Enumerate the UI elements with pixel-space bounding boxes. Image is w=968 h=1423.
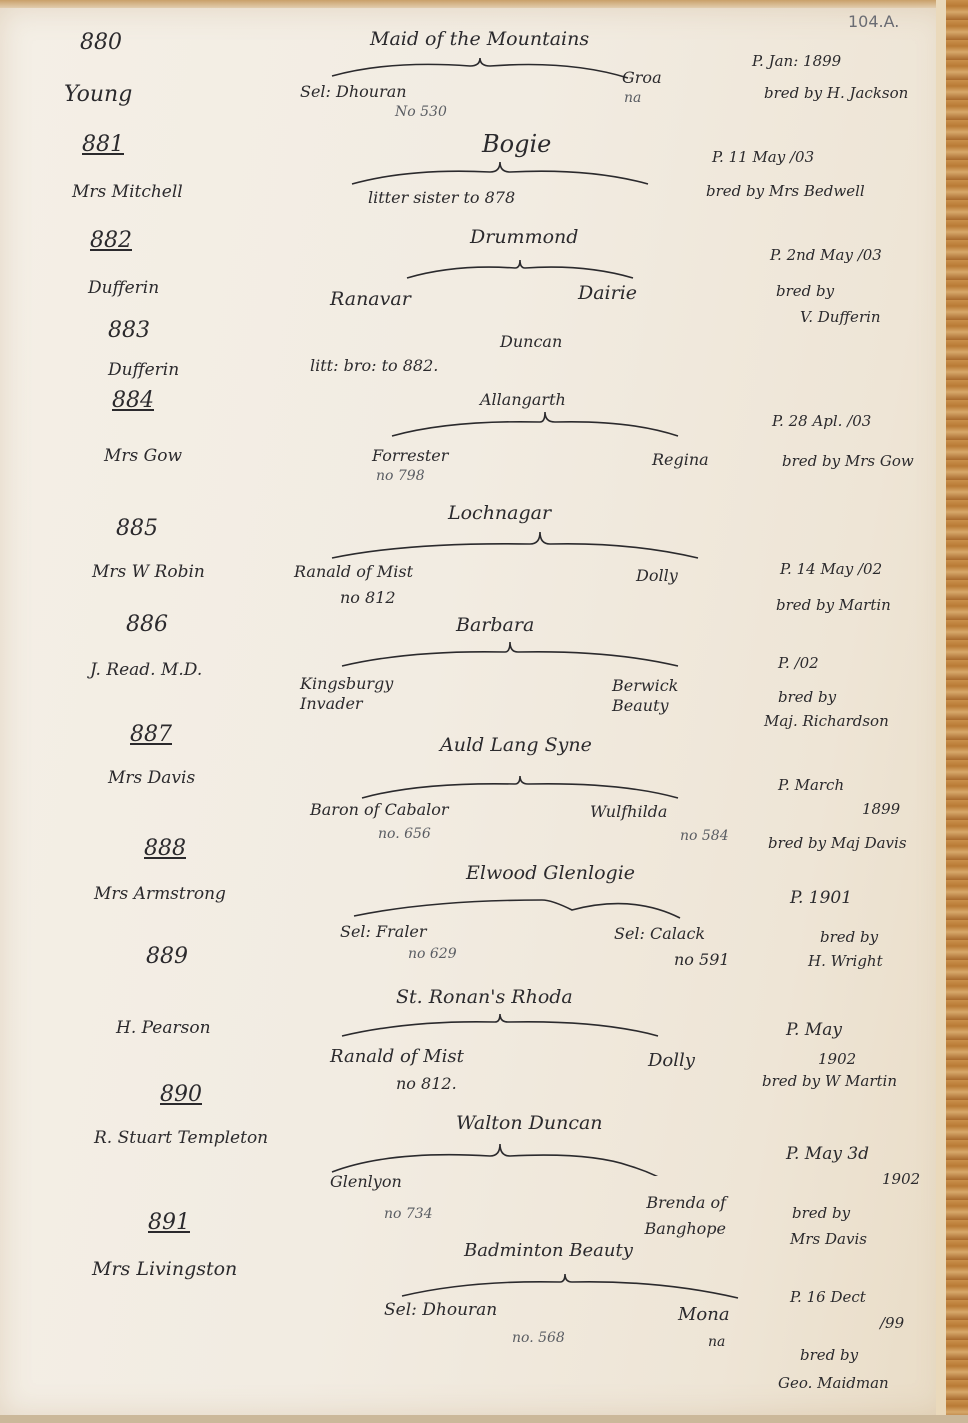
entry-owner: Mrs Gow <box>104 446 182 466</box>
entry-sire-reg: No 530 <box>395 104 447 120</box>
folio-number: 104.A. <box>848 12 899 31</box>
pedigree-brace-icon <box>390 410 680 438</box>
entry-note: P. 1901 <box>790 888 852 908</box>
entry-sire-reg: no. 568 <box>512 1330 565 1346</box>
pedigree-brace-icon <box>350 160 650 186</box>
entry-sire: litt: bro: to 882. <box>310 356 438 375</box>
entry-dam: Groa <box>622 68 662 87</box>
pedigree-brace-icon <box>340 640 680 668</box>
entry-note: 1902 <box>882 1170 920 1188</box>
entry-owner: Mrs Mitchell <box>72 182 183 202</box>
entry-owner: Young <box>64 82 132 107</box>
entry-note: Geo. Maidman <box>778 1374 889 1392</box>
entry-number: 882 <box>90 228 132 253</box>
entry-note: P. May 3d <box>786 1144 869 1164</box>
book-binding-edge <box>946 0 968 1423</box>
entry-note: P. 28 Apl. /03 <box>772 412 871 430</box>
entry-number: 887 <box>130 722 172 747</box>
entry-sire-reg: no 798 <box>376 468 425 484</box>
entry-owner: Dufferin <box>88 278 159 298</box>
entry-dam: Sel: Calack <box>614 924 705 943</box>
entry-note: bred by Mrs Bedwell <box>706 182 865 200</box>
entry-note: P. /02 <box>778 654 819 672</box>
pedigree-brace-icon <box>330 530 700 560</box>
entry-sire: Sel: Dhouran <box>384 1300 497 1320</box>
entry-owner: J. Read. M.D. <box>90 660 202 680</box>
entry-number: 890 <box>160 1082 202 1107</box>
entry-dam: Mona <box>678 1304 730 1325</box>
entry-dam: Dolly <box>636 566 678 585</box>
entry-number: 884 <box>112 388 154 413</box>
entry-sire-reg: no 812 <box>340 588 396 607</box>
entry-sire: Sel: Fraler <box>340 922 427 941</box>
entry-sire: Baron of Cabalor <box>310 800 449 819</box>
entry-note: P. 11 May /03 <box>712 148 814 166</box>
pedigree-brace-icon <box>400 1272 740 1300</box>
entry-sire: litter sister to 878 <box>368 188 515 207</box>
entry-number: 889 <box>146 944 188 969</box>
entry-note: Maj. Richardson <box>764 712 889 730</box>
entry-name: Walton Duncan <box>456 1112 603 1134</box>
entry-dam: Regina <box>652 450 709 469</box>
entry-name: Maid of the Mountains <box>370 28 589 50</box>
entry-owner: R. Stuart Templeton <box>94 1128 268 1148</box>
entry-name: Bogie <box>482 130 551 158</box>
pedigree-brace-icon <box>330 1142 670 1176</box>
entry-name: Elwood Glenlogie <box>466 862 635 884</box>
entry-name: St. Ronan's Rhoda <box>396 986 573 1008</box>
entry-name: Allangarth <box>480 390 566 409</box>
entry-dam-reg: na <box>708 1334 725 1350</box>
entry-owner: Mrs Armstrong <box>94 884 226 904</box>
entry-note: bred by <box>820 928 878 946</box>
pedigree-brace-icon <box>360 774 680 800</box>
pedigree-brace-icon <box>405 258 635 280</box>
entry-sire-reg: no. 656 <box>378 826 431 842</box>
pedigree-brace-icon <box>340 1012 660 1038</box>
entry-name: Auld Lang Syne <box>440 734 592 756</box>
entry-name: Badminton Beauty <box>464 1240 633 1261</box>
entry-sire: Sel: Dhouran <box>300 82 407 101</box>
entry-note: 1899 <box>862 800 900 818</box>
entry-note: bred by Mrs Gow <box>782 452 914 470</box>
entry-sire: Glenlyon <box>330 1172 402 1191</box>
entry-owner: Mrs Livingston <box>92 1258 237 1280</box>
entry-name: Duncan <box>500 332 562 351</box>
entry-dam: Dairie <box>578 282 637 304</box>
entry-note: bred by <box>800 1346 858 1364</box>
page-bottom-edge <box>0 1415 968 1423</box>
entry-sire-reg: no 629 <box>408 946 457 962</box>
entry-name: Lochnagar <box>448 502 551 524</box>
entry-name: Barbara <box>456 614 534 636</box>
entry-note: bred by <box>792 1204 850 1222</box>
entry-owner: Mrs Davis <box>108 768 195 788</box>
entry-note: bred by Maj Davis <box>768 834 907 852</box>
page-margin-strip <box>936 0 946 1423</box>
entry-owner: H. Pearson <box>116 1018 211 1038</box>
entry-note: P. Jan: 1899 <box>752 52 841 70</box>
entry-note: bred by <box>776 282 834 300</box>
entry-owner: Dufferin <box>108 360 179 380</box>
entry-dam: Wulfhilda <box>590 802 667 821</box>
entry-owner: Mrs W Robin <box>92 562 205 582</box>
entry-note: H. Wright <box>808 952 883 970</box>
entry-note: P. March <box>778 776 844 794</box>
pedigree-brace-icon <box>330 56 630 80</box>
entry-name: Drummond <box>470 226 578 248</box>
entry-sire-reg: no 734 <box>384 1206 433 1222</box>
entry-number: 881 <box>82 132 124 157</box>
entry-number: 888 <box>144 836 186 861</box>
entry-number: 880 <box>80 30 122 55</box>
entry-sire-reg: no 812. <box>396 1074 457 1093</box>
pedigree-brace-icon <box>352 890 682 920</box>
entry-note: P. 2nd May /03 <box>770 246 882 264</box>
entry-note: bred by H. Jackson <box>764 84 908 102</box>
entry-dam: Berwick Beauty <box>612 676 732 716</box>
entry-note: bred by Martin <box>776 596 891 614</box>
entry-number: 886 <box>126 612 168 637</box>
entry-sire: Ranavar <box>330 288 411 310</box>
entry-sire: Ranald of Mist <box>294 562 413 581</box>
entry-note: P. 16 Dect <box>790 1288 866 1306</box>
entry-number: 883 <box>108 318 150 343</box>
entry-note: P. May <box>786 1020 842 1040</box>
entry-note: /99 <box>880 1314 904 1332</box>
entry-note: bred by <box>778 688 836 706</box>
entry-dam: Brenda of Banghope <box>576 1190 726 1242</box>
entry-dam-reg: no 584 <box>680 828 729 844</box>
entry-number: 885 <box>116 516 158 541</box>
entry-dam-reg: na <box>624 90 641 106</box>
entry-note: P. 14 May /02 <box>780 560 882 578</box>
entry-sire: Ranald of Mist <box>330 1046 464 1067</box>
entry-sire: Kingsburgy Invader <box>300 674 460 714</box>
entry-dam-reg: no 591 <box>674 950 730 969</box>
entry-sire: Forrester <box>372 446 448 465</box>
entry-note: V. Dufferin <box>800 308 881 326</box>
entry-note: Mrs Davis <box>790 1230 867 1248</box>
entry-note: bred by W Martin <box>762 1072 897 1090</box>
entry-note: 1902 <box>818 1050 856 1068</box>
entry-dam: Dolly <box>648 1050 695 1071</box>
entry-number: 891 <box>148 1210 190 1235</box>
